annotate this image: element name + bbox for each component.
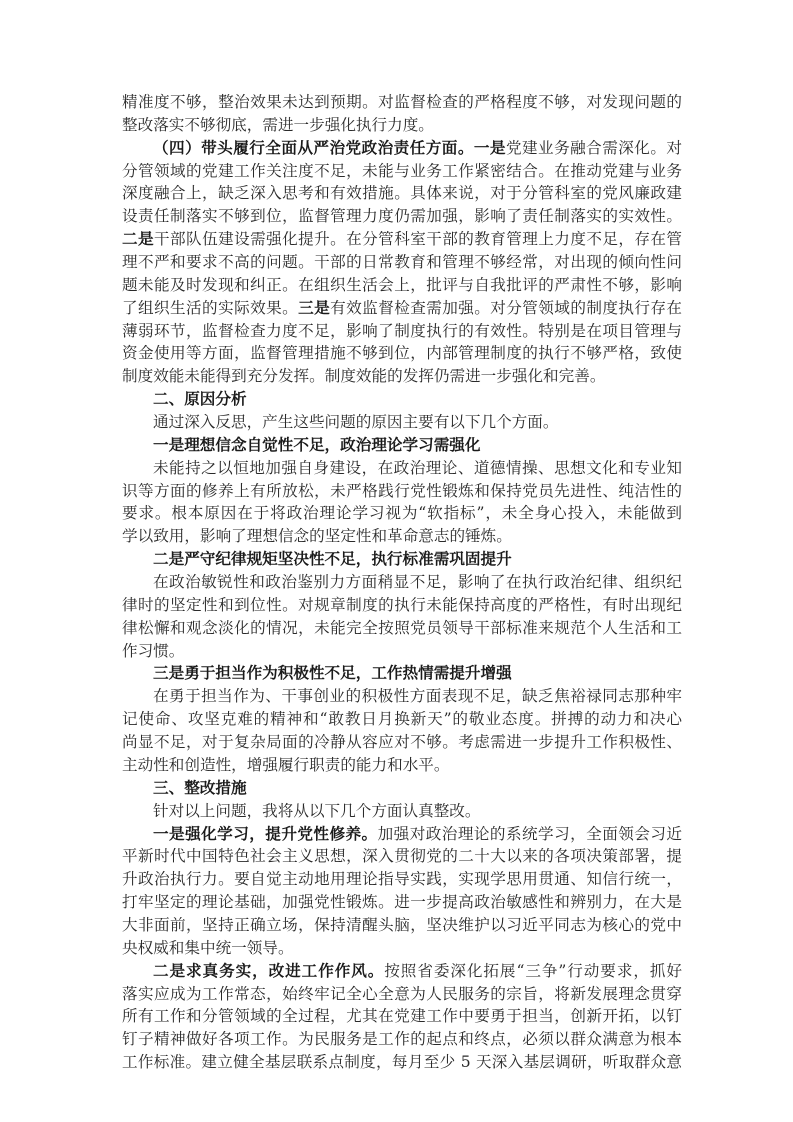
text-segment: 题未能及时发现和纠正。在组织生活会上，批评与自我批评的严肃性不够，影响 — [122, 276, 682, 294]
text-segment: 针对以上问题，我将从以下几个方面认真整改。 — [153, 802, 480, 820]
text-line: 题未能及时发现和纠正。在组织生活会上，批评与自我批评的严肃性不够，影响 — [122, 274, 682, 297]
text-segment: 所有工作和分管领域的全过程，尤其在党建工作中要勇于担当，创新开拓，以钉 — [122, 1007, 682, 1025]
text-segment: 作习惯。 — [122, 642, 184, 660]
bold-text-segment: 三是勇于担当作为积极性不足，工作热情需提升增强 — [153, 663, 512, 682]
bold-text-segment: 三、整改措施 — [153, 778, 247, 797]
text-line: 薄弱环节，监督检查力度不足，影响了制度执行的有效性。特别是在项目管理与 — [122, 320, 682, 343]
text-line: 设责任制落实不够到位，监督管理力度仍需加强，影响了责任制落实的实效性。 — [122, 205, 682, 228]
text-segment: 党建业务融合需深化。对 — [506, 139, 682, 157]
text-segment: 干部队伍建设需强化提升。在分管科室干部的教育管理上力度不足，存在管 — [154, 230, 682, 248]
text-segment: 落实应成为工作常态，始终牢记全心全意为人民服务的宗旨，将新发展理念贯穿 — [122, 985, 682, 1003]
text-segment: 未能持之以恒地加强自身建设，在政治理论、道德情操、思想文化和专业知 — [153, 459, 682, 477]
text-segment: 学以致用，影响了理想信念的坚定性和革命意志的锤炼。 — [122, 527, 512, 545]
text-segment: 记使命、攻坚克难的精神和“敢教日月换新天”的敬业态度。拼搏的动力和决心 — [122, 710, 682, 728]
text-line: 未能持之以恒地加强自身建设，在政治理论、道德情操、思想文化和专业知 — [122, 457, 682, 480]
text-segment: 律时的坚定性和到位性。对规章制度的执行未能保持高度的严格性，有时出现纪 — [122, 596, 682, 614]
text-segment: 按照省委深化拓展“三争”行动要求，抓好 — [384, 962, 682, 980]
text-segment: 要求。根本原因在于将政治理论学习视为“软指标”，未全身心投入，未能做到 — [122, 504, 682, 522]
text-line: 要求。根本原因在于将政治理论学习视为“软指标”，未全身心投入，未能做到 — [122, 502, 682, 525]
text-line: 二是严守纪律规矩坚决性不足，执行标准需巩固提升 — [122, 548, 682, 571]
text-segment: 平新时代中国特色社会主义思想，深入贯彻党的二十大以来的各项决策部署，提 — [122, 847, 682, 865]
text-segment: 主动性和创造性，增强履行职责的能力和水平。 — [122, 756, 449, 774]
text-line: 记使命、攻坚克难的精神和“敢教日月换新天”的敬业态度。拼搏的动力和决心 — [122, 708, 682, 731]
text-line: 二是干部队伍建设需强化提升。在分管科室干部的教育管理上力度不足，存在管 — [122, 228, 682, 251]
document-body: 精准度不够，整治效果未达到预期。对监督检查的严格程度不够，对发现问题的整改落实不… — [122, 91, 682, 1074]
text-line: 在勇于担当作为、干事创业的积极性方面表现不足，缺乏焦裕禄同志那种牢 — [122, 685, 682, 708]
bold-text-segment: 二是 — [122, 229, 154, 248]
text-line: 打牢坚定的理论基础，加强党性锻炼。进一步提高政治敏感性和辨别力，在大是 — [122, 891, 682, 914]
text-segment: 理不严和要求不高的问题。干部的日常教育和管理不够经常，对出现的倾向性问 — [122, 253, 682, 271]
text-segment: 分管领域的党建工作关注度不足，未能与业务工作紧密结合。在推动党建与业务 — [122, 162, 682, 180]
text-line: （四）带头履行全面从严治党政治责任方面。一是党建业务融合需深化。对 — [122, 137, 682, 160]
text-segment: 在勇于担当作为、干事创业的积极性方面表现不足，缺乏焦裕禄同志那种牢 — [153, 687, 682, 705]
text-segment: 通过深入反思，产生这些问题的原因主要有以下几个方面。 — [153, 413, 558, 431]
text-line: 律松懈和观念淡化的情况，未能完全按照党员领导干部标准来规范个人生活和工 — [122, 617, 682, 640]
bold-text-segment: 二、原因分析 — [153, 389, 247, 408]
text-line: 精准度不够，整治效果未达到预期。对监督检查的严格程度不够，对发现问题的 — [122, 91, 682, 114]
text-segment: 央权威和集中统一领导。 — [122, 939, 294, 957]
bold-text-segment: 一是强化学习，提升党性修养。 — [153, 824, 378, 843]
text-line: 资金使用等方面，监督管理措施不够到位，内部管理制度的执行不够严格，致使 — [122, 342, 682, 365]
text-segment: 识等方面的修养上有所放松，未严格践行党性锻炼和保持党员先进性、纯洁性的 — [122, 482, 682, 500]
text-segment: 打牢坚定的理论基础，加强党性锻炼。进一步提高政治敏感性和辨别力，在大是 — [122, 893, 682, 911]
bold-text-segment: 一是理想信念自觉性不足，政治理论学习需强化 — [153, 435, 480, 454]
text-line: 整改落实不够彻底，需进一步强化执行力度。 — [122, 114, 682, 137]
text-line: 三、整改措施 — [122, 777, 682, 800]
document-page: 精准度不够，整治效果未达到预期。对监督检查的严格程度不够，对发现问题的整改落实不… — [0, 0, 793, 1122]
text-segment: 在政治敏锐性和政治鉴别力方面稍显不足，影响了在执行政治纪律、组织纪 — [153, 573, 682, 591]
text-segment: 资金使用等方面，监督管理措施不够到位，内部管理制度的执行不够严格，致使 — [122, 344, 682, 362]
text-line: 升政治执行力。要自觉主动地用理论指导实践，实现学思用贯通、知信行统一， — [122, 868, 682, 891]
text-line: 一是强化学习，提升党性修养。加强对政治理论的系统学习，全面领会习近 — [122, 823, 682, 846]
bold-text-segment: 二是求真务实，改进工作作风。 — [153, 961, 384, 980]
text-line: 平新时代中国特色社会主义思想，深入贯彻党的二十大以来的各项决策部署，提 — [122, 845, 682, 868]
text-line: 识等方面的修养上有所放松，未严格践行党性锻炼和保持党员先进性、纯洁性的 — [122, 480, 682, 503]
text-segment: 深度融合上，缺乏深入思考和有效措施。具体来说，对于分管科室的党风廉政建 — [122, 184, 682, 202]
text-line: 工作标准。建立健全基层联系点制度，每月至少 5 天深入基层调研，听取群众意 — [122, 1051, 682, 1074]
text-line: 律时的坚定性和到位性。对规章制度的执行未能保持高度的严格性，有时出现纪 — [122, 594, 682, 617]
text-line: 二是求真务实，改进工作作风。按照省委深化拓展“三争”行动要求，抓好 — [122, 960, 682, 983]
text-line: 针对以上问题，我将从以下几个方面认真整改。 — [122, 800, 682, 823]
text-line: 深度融合上，缺乏深入思考和有效措施。具体来说，对于分管科室的党风廉政建 — [122, 182, 682, 205]
text-line: 主动性和创造性，增强履行职责的能力和水平。 — [122, 754, 682, 777]
text-segment: 整改落实不够彻底，需进一步强化执行力度。 — [122, 116, 434, 134]
text-segment: 加强对政治理论的系统学习，全面领会习近 — [378, 825, 682, 843]
bold-text-segment: 二是严守纪律规矩坚决性不足，执行标准需巩固提升 — [153, 549, 512, 568]
text-segment: 制度效能未能得到充分发挥。制度效能的发挥仍需进一步强化和完善。 — [122, 367, 605, 385]
text-segment: 大非面前，坚持正确立场，保持清醒头脑，坚决维护以习近平同志为核心的党中 — [122, 916, 682, 934]
text-line: 落实应成为工作常态，始终牢记全心全意为人民服务的宗旨，将新发展理念贯穿 — [122, 983, 682, 1006]
bold-text-segment: （四）带头履行全面从严治党政治责任方面。一是 — [153, 138, 506, 157]
text-segment: 精准度不够，整治效果未达到预期。对监督检查的严格程度不够，对发现问题的 — [122, 93, 682, 111]
text-line: 分管领域的党建工作关注度不足，未能与业务工作紧密结合。在推动党建与业务 — [122, 160, 682, 183]
text-line: 通过深入反思，产生这些问题的原因主要有以下几个方面。 — [122, 411, 682, 434]
text-line: 央权威和集中统一领导。 — [122, 937, 682, 960]
text-segment: 钉子精神做好各项工作。为民服务是工作的起点和终点，必须以群众满意为根本 — [122, 1030, 682, 1048]
bold-text-segment: 三是 — [298, 298, 330, 317]
text-line: 所有工作和分管领域的全过程，尤其在党建工作中要勇于担当，创新开拓，以钉 — [122, 1005, 682, 1028]
text-line: 二、原因分析 — [122, 388, 682, 411]
text-segment: 升政治执行力。要自觉主动地用理论指导实践，实现学思用贯通、知信行统一， — [122, 870, 682, 888]
text-segment: 尚显不足，对于复杂局面的冷静从容应对不够。考虑需进一步提升工作积极性、 — [122, 733, 682, 751]
text-line: 钉子精神做好各项工作。为民服务是工作的起点和终点，必须以群众满意为根本 — [122, 1028, 682, 1051]
text-line: 作习惯。 — [122, 640, 682, 663]
text-line: 尚显不足，对于复杂局面的冷静从容应对不够。考虑需进一步提升工作积极性、 — [122, 731, 682, 754]
text-line: 理不严和要求不高的问题。干部的日常教育和管理不够经常，对出现的倾向性问 — [122, 251, 682, 274]
text-segment: 了组织生活的实际效果。 — [122, 299, 298, 317]
text-line: 一是理想信念自觉性不足，政治理论学习需强化 — [122, 434, 682, 457]
text-line: 学以致用，影响了理想信念的坚定性和革命意志的锤炼。 — [122, 525, 682, 548]
text-line: 大非面前，坚持正确立场，保持清醒头脑，坚决维护以习近平同志为核心的党中 — [122, 914, 682, 937]
text-segment: 律松懈和观念淡化的情况，未能完全按照党员领导干部标准来规范个人生活和工 — [122, 619, 682, 637]
text-segment: 设责任制落实不够到位，监督管理力度仍需加强，影响了责任制落实的实效性。 — [122, 207, 682, 225]
text-segment: 有效监督检查需加强。对分管领域的制度执行存在 — [330, 299, 682, 317]
text-line: 三是勇于担当作为积极性不足，工作热情需提升增强 — [122, 662, 682, 685]
text-segment: 薄弱环节，监督检查力度不足，影响了制度执行的有效性。特别是在项目管理与 — [122, 322, 682, 340]
text-line: 了组织生活的实际效果。三是有效监督检查需加强。对分管领域的制度执行存在 — [122, 297, 682, 320]
text-line: 制度效能未能得到充分发挥。制度效能的发挥仍需进一步强化和完善。 — [122, 365, 682, 388]
text-line: 在政治敏锐性和政治鉴别力方面稍显不足，影响了在执行政治纪律、组织纪 — [122, 571, 682, 594]
text-segment: 工作标准。建立健全基层联系点制度，每月至少 5 天深入基层调研，听取群众意 — [122, 1053, 682, 1071]
